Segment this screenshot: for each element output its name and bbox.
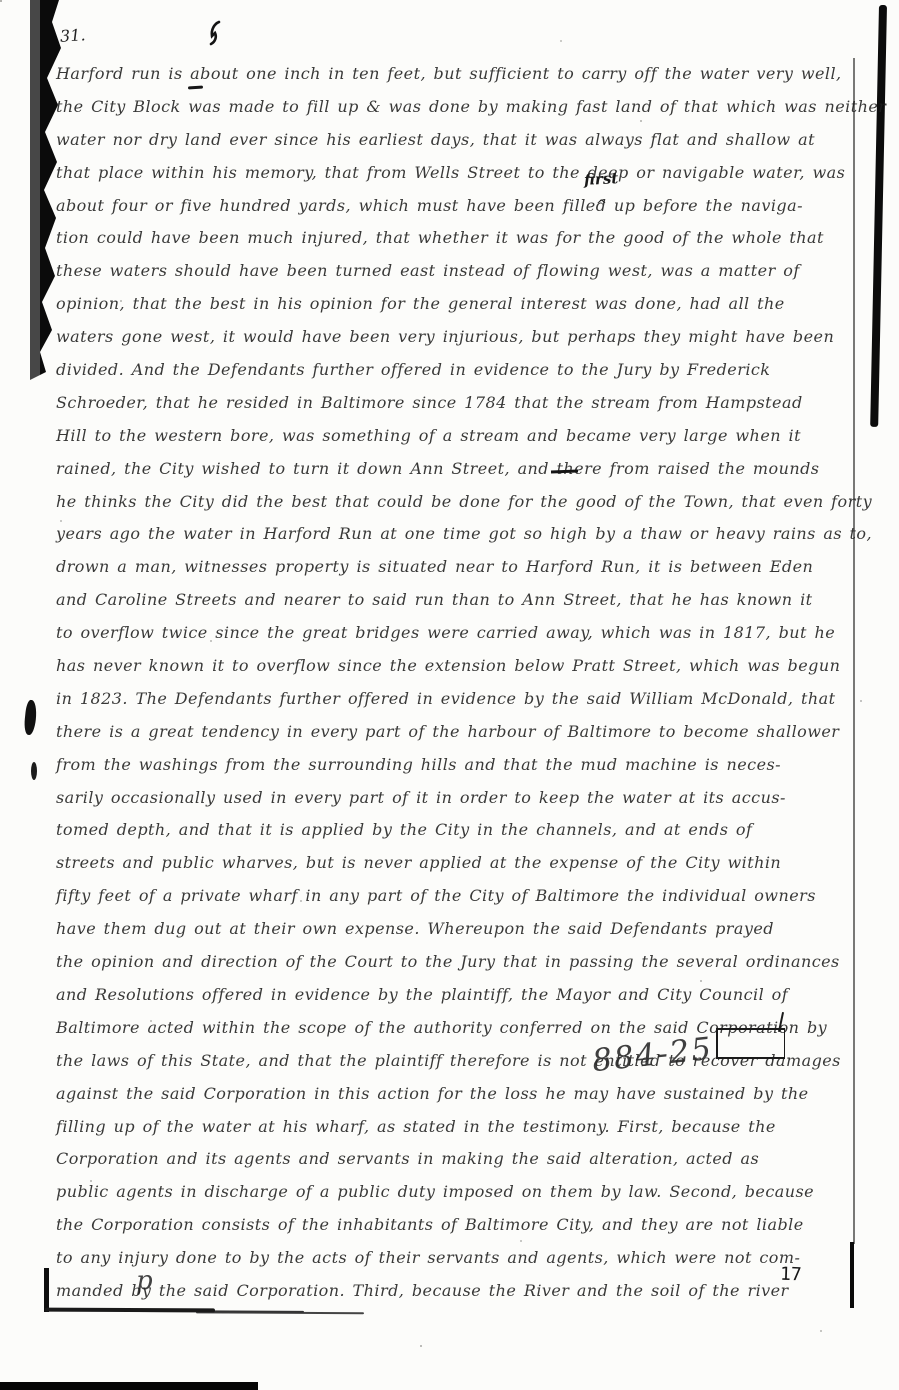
right-binding-strip-artifact [870,5,887,427]
bottom-left-corner-smudge [45,1308,215,1313]
left-edge-ink-blob [31,762,37,780]
manuscript-line: drown a man, witnesses property is situa… [56,551,856,584]
manuscript-line: that place within his memory, that from … [56,157,856,190]
inserted-word-first: first [584,169,619,189]
manuscript-line: manded by the said Corporation. Third, b… [56,1275,856,1308]
manuscript-lines: Harford run is about one inch in ten fee… [56,58,856,1308]
manuscript-line: Hill to the western bore, was something … [56,420,856,453]
pencil-box-around-cover [716,1028,785,1059]
manuscript-line: the City Block was made to fill up & was… [56,91,856,124]
manuscript-line: sarily occasionally used in every part o… [56,782,856,815]
manuscript-line: rained, the City wished to turn it down … [56,453,856,486]
left-edge-ink-blob [23,700,38,736]
page-number-top: 31. [59,25,86,46]
manuscript-line: water nor dry land ever since his earlie… [56,124,856,157]
manuscript-line: filling up of the water at his wharf, as… [56,1111,856,1144]
manuscript-line: to any injury done to by the acts of the… [56,1242,856,1275]
manuscript-line: Harford run is about one inch in ten fee… [56,58,856,91]
manuscript-line: and Caroline Streets and nearer to said … [56,584,856,617]
insertion-caret: ^ [596,198,607,213]
manuscript-line: Corporation and its agents and servants … [56,1143,856,1176]
pen-tick-mark [205,20,225,46]
pen-flourish: p [136,1266,153,1296]
manuscript-line: tion could have been much injured, that … [56,222,856,255]
manuscript-line: waters gone west, it would have been ver… [56,321,856,354]
bottom-scan-bar-artifact [0,1382,258,1390]
manuscript-line: tomed depth, and that it is applied by t… [56,814,856,847]
manuscript-line: there is a great tendency in every part … [56,716,856,749]
manuscript-line: about four or five hundred yards, which … [56,190,856,223]
manuscript-line: to overflow twice since the great bridge… [56,617,856,650]
manuscript-line: opinion, that the best in his opinion fo… [56,288,856,321]
bottom-left-corner-edge [44,1268,49,1312]
manuscript-line: have them dug out at their own expense. … [56,913,856,946]
manuscript-line: from the washings from the surrounding h… [56,749,856,782]
manuscript-line: fifty feet of a private wharf in any par… [56,880,856,913]
manuscript-line: in 1823. The Defendants further offered … [56,683,856,716]
manuscript-line: against the said Corporation in this act… [56,1078,856,1111]
manuscript-line: he thinks the City did the best that cou… [56,486,856,519]
manuscript-line: the opinion and direction of the Court t… [56,946,856,979]
manuscript-line: has never known it to overflow since the… [56,650,856,683]
manuscript-line: and Resolutions offered in evidence by t… [56,979,856,1012]
manuscript-line: years ago the water in Harford Run at on… [56,518,856,551]
scanned-manuscript-page: 31. 17 Harford run is about one inch in … [0,0,899,1390]
manuscript-line: Schroeder, that he resided in Baltimore … [56,387,856,420]
manuscript-line: the Corporation consists of the inhabita… [56,1209,856,1242]
manuscript-line: these waters should have been turned eas… [56,255,856,288]
manuscript-line: divided. And the Defendants further offe… [56,354,856,387]
manuscript-line: streets and public wharves, but is never… [56,847,856,880]
manuscript-line: public agents in discharge of a public d… [56,1176,856,1209]
